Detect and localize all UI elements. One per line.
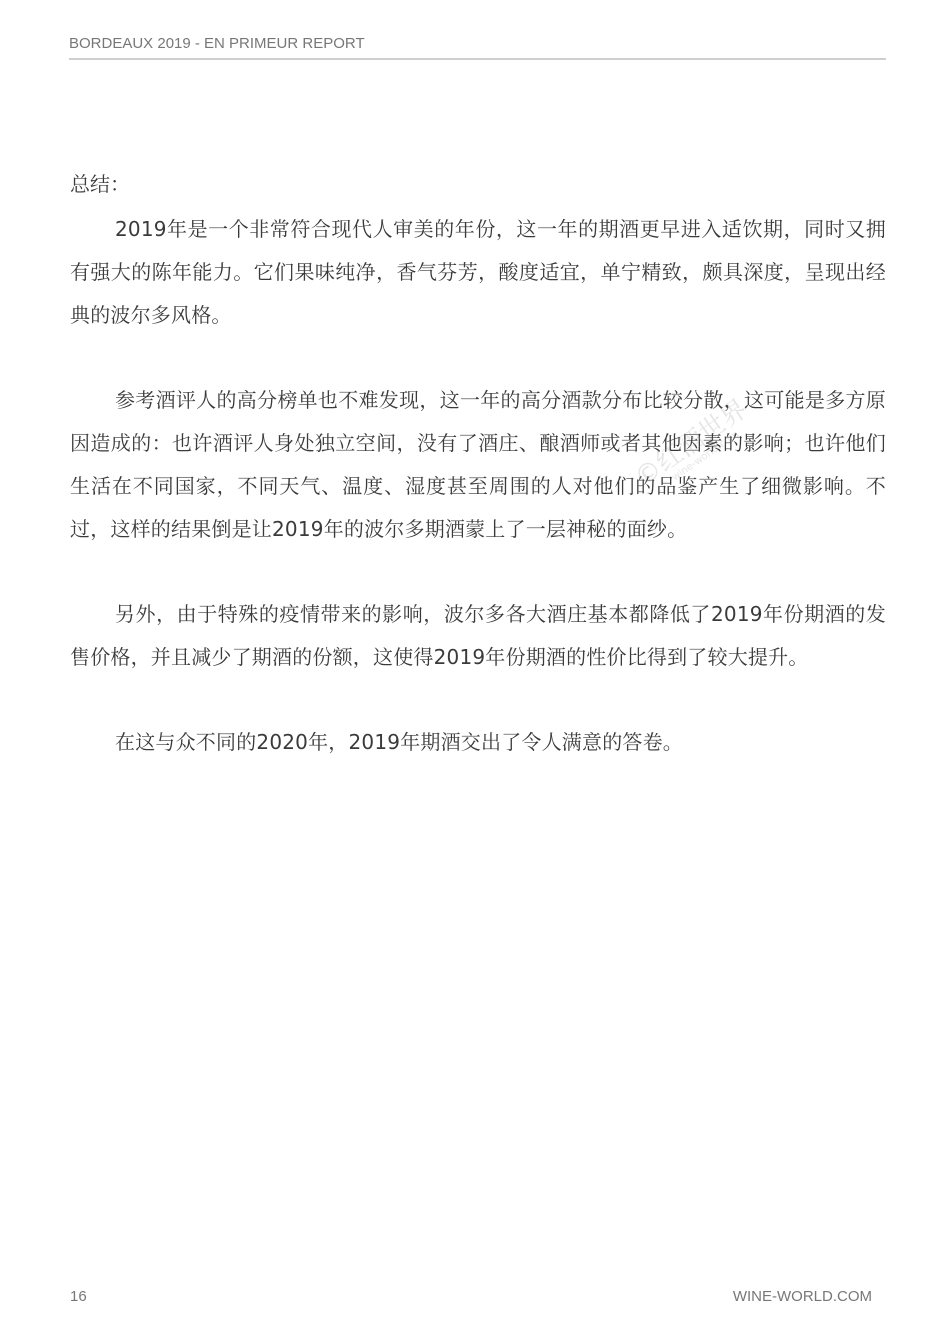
paragraph: 在这与众不同的2020年，2019年期酒交出了令人满意的答卷。 [70, 721, 886, 764]
page-number: 16 [70, 1288, 87, 1305]
paragraph: 2019年是一个非常符合现代人审美的年份，这一年的期酒更早进入适饮期，同时又拥有… [70, 208, 886, 337]
site-name: WINE-WORLD.COM [733, 1288, 872, 1305]
page-header: BORDEAUX 2019 - EN PRIMEUR REPORT [69, 34, 886, 60]
page-footer: 16 WINE-WORLD.COM [70, 1288, 872, 1308]
main-content: 总结： 2019年是一个非常符合现代人审美的年份，这一年的期酒更早进入适饮期，同… [70, 164, 886, 764]
header-divider [69, 58, 886, 60]
paragraph: 参考酒评人的高分榜单也不难发现，这一年的高分酒款分布比较分散，这可能是多方原因造… [70, 379, 886, 551]
paragraph: 另外，由于特殊的疫情带来的影响，波尔多各大酒庄基本都降低了2019年份期酒的发售… [70, 593, 886, 679]
report-title: BORDEAUX 2019 - EN PRIMEUR REPORT [69, 34, 886, 54]
section-heading: 总结： [70, 164, 886, 204]
